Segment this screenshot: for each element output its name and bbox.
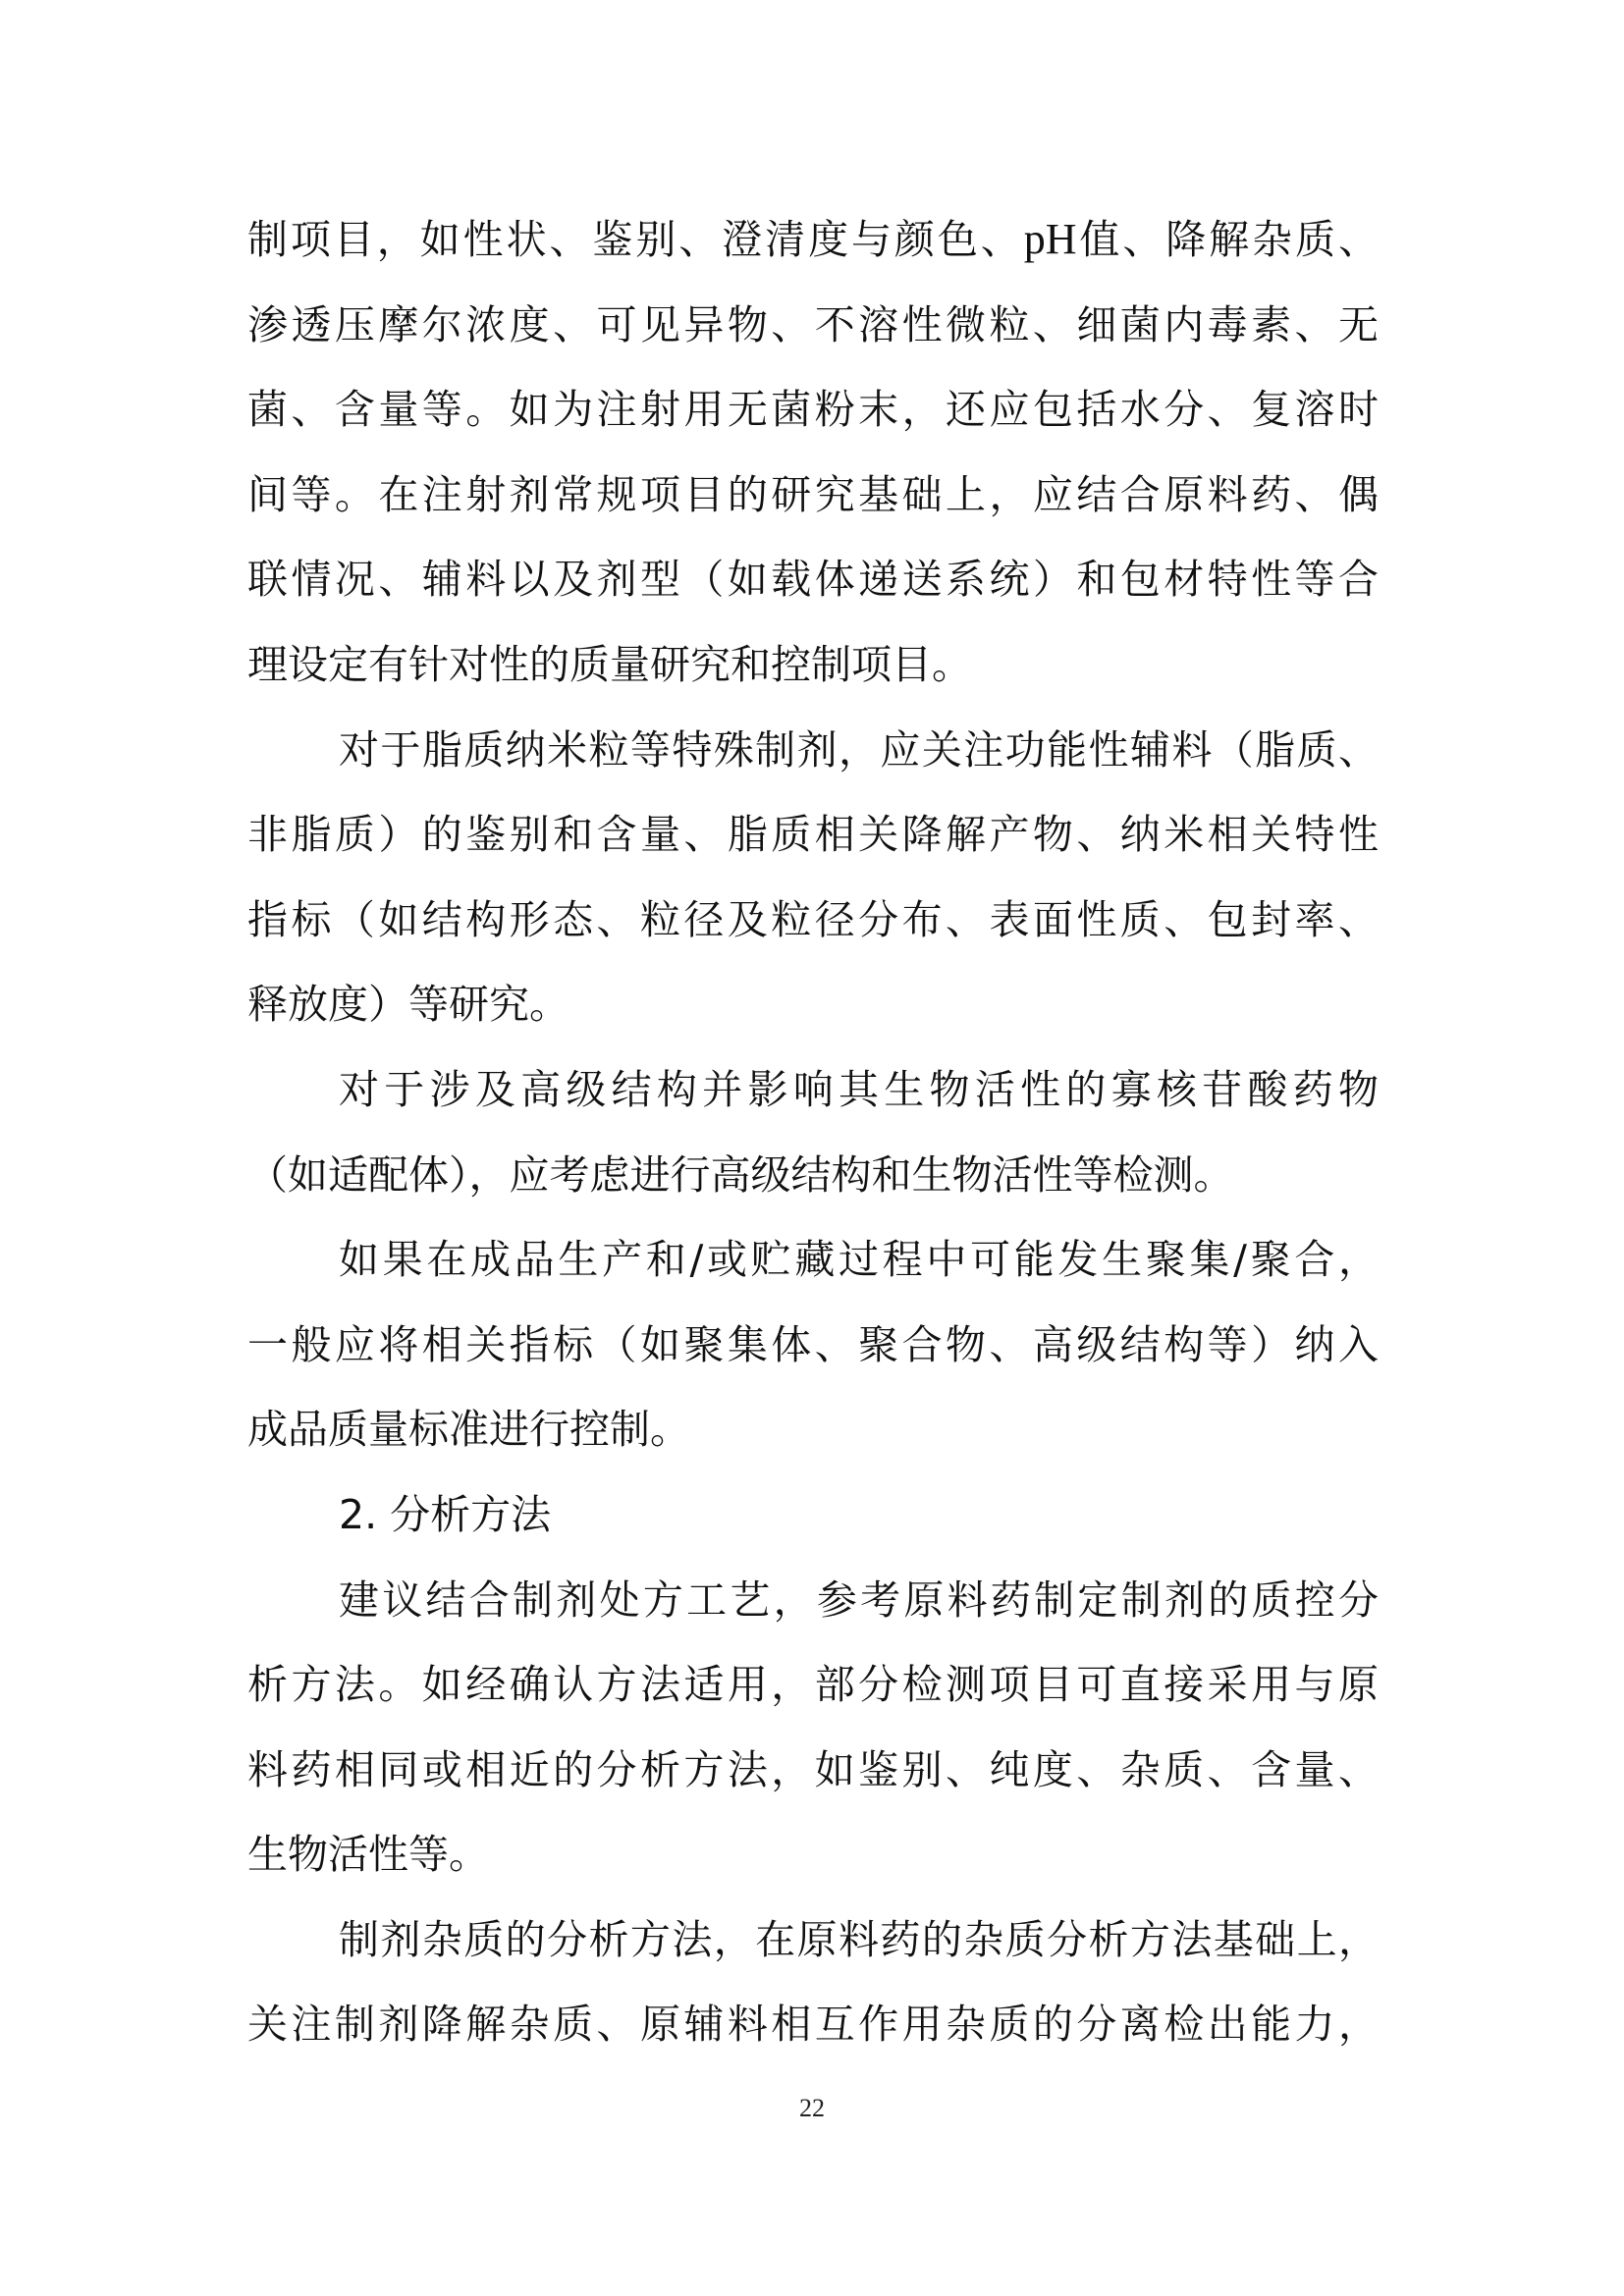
paragraph-line: 关注制剂降解杂质、原辅料相互作用杂质的分离检出能力，: [247, 1982, 1379, 2067]
paragraph-first-line: 如果在成品生产和/或贮藏过程中可能发生聚集/聚合，: [247, 1217, 1379, 1303]
paragraph-line: 料药相同或相近的分析方法，如鉴别、纯度、杂质、含量、: [247, 1728, 1379, 1813]
paragraph-line: 生物活性等。: [247, 1812, 1379, 1897]
paragraph-line: 一般应将相关指标（如聚集体、聚合物、高级结构等）纳入: [247, 1303, 1379, 1388]
body-text: 制项目，如性状、鉴别、澄清度与颜色、pH值、降解杂质、 渗透压摩尔浓度、可见异物…: [247, 197, 1379, 2067]
text-segment: 值、降解杂质、: [1077, 216, 1380, 263]
paragraph-line: 菌、含量等。如为注射用无菌粉末，还应包括水分、复溶时: [247, 367, 1379, 453]
paragraph-line: 成品质量标准进行控制。: [247, 1387, 1379, 1472]
paragraph-line: 释放度）等研究。: [247, 962, 1379, 1047]
paragraph-line: （如适配体），应考虑进行高级结构和生物活性等检测。: [247, 1133, 1379, 1218]
section-heading: 2. 分析方法: [247, 1472, 1379, 1558]
paragraph-first-line: 对于脂质纳米粒等特殊制剂，应关注功能性辅料（脂质、: [247, 708, 1379, 793]
text-segment: 制项目，如性状、鉴别、澄清度与颜色、: [247, 216, 1024, 263]
paragraph-line: 析方法。如经确认方法适用，部分检测项目可直接采用与原: [247, 1642, 1379, 1728]
document-page: 制项目，如性状、鉴别、澄清度与颜色、pH值、降解杂质、 渗透压摩尔浓度、可见异物…: [0, 0, 1624, 2296]
paragraph-line: 制项目，如性状、鉴别、澄清度与颜色、pH值、降解杂质、: [247, 197, 1379, 283]
page-number: 22: [0, 2094, 1624, 2123]
paragraph-line: 联情况、辅料以及剂型（如载体递送系统）和包材特性等合: [247, 537, 1379, 622]
paragraph-first-line: 制剂杂质的分析方法，在原料药的杂质分析方法基础上，: [247, 1897, 1379, 1983]
paragraph-first-line: 对于涉及高级结构并影响其生物活性的寡核苷酸药物: [247, 1047, 1379, 1133]
paragraph-line: 渗透压摩尔浓度、可见异物、不溶性微粒、细菌内毒素、无: [247, 283, 1379, 368]
paragraph-line: 非脂质）的鉴别和含量、脂质相关降解产物、纳米相关特性: [247, 792, 1379, 878]
paragraph-line: 理设定有针对性的质量研究和控制项目。: [247, 622, 1379, 708]
paragraph-line: 间等。在注射剂常规项目的研究基础上，应结合原料药、偶: [247, 453, 1379, 538]
paragraph-line: 指标（如结构形态、粒径及粒径分布、表面性质、包封率、: [247, 878, 1379, 963]
paragraph-first-line: 建议结合制剂处方工艺，参考原料药制定制剂的质控分: [247, 1558, 1379, 1643]
ph-term: pH: [1024, 215, 1077, 263]
